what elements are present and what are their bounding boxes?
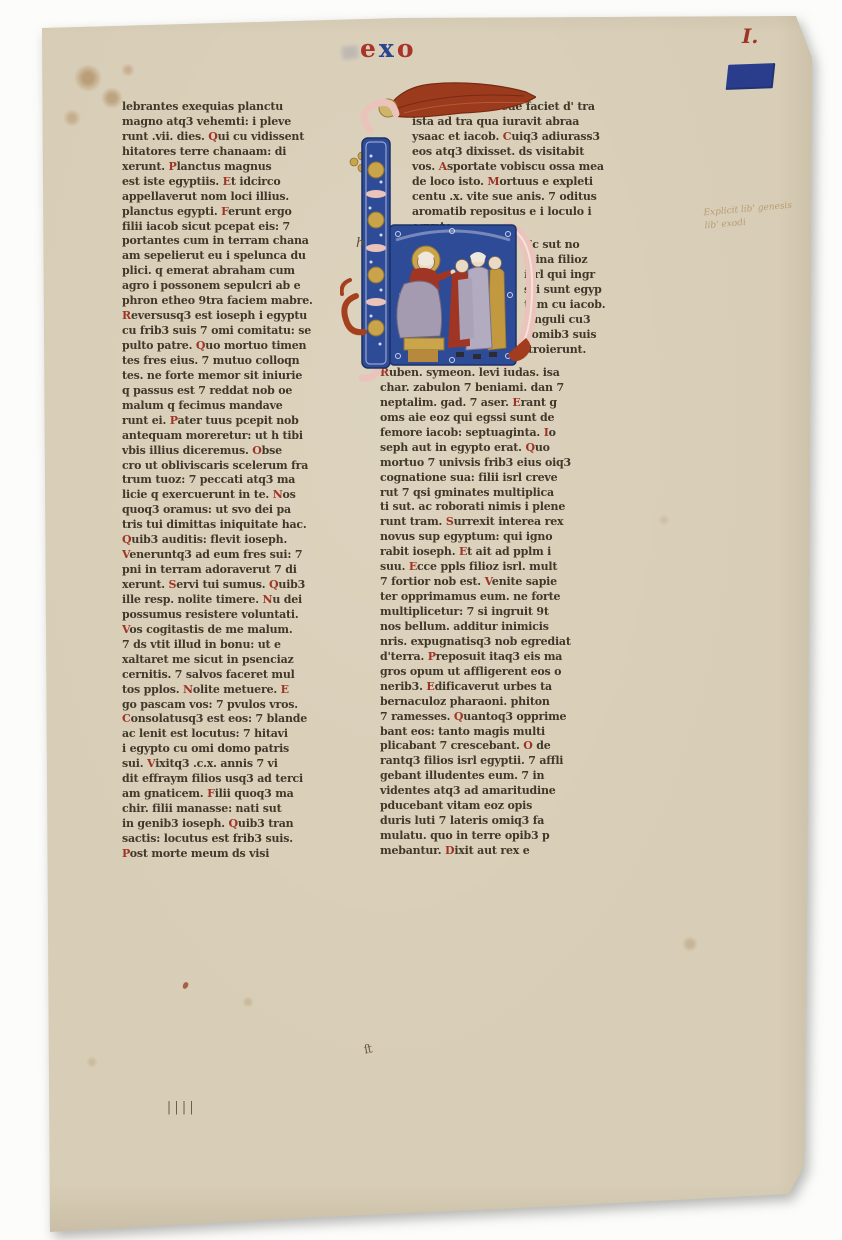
text-line: bernaculoz pharaoni. phiton [380,695,656,710]
text-line: filii iacob sicut pcepat eis: 7 [122,220,368,235]
text-line: multiplicetur: 7 si ingruit 9t [380,605,656,620]
text-line: 7 ds vtit illud in bonu: ut e [122,638,368,653]
text-line: rantq3 filios isrl egyptii. 7 affli [380,754,656,769]
text-line: phron etheo 9tra faciem mabre. [122,294,368,309]
text-line: Ec sut no [524,238,656,253]
text-line: tes fres eius. 7 mutuo colloqn [122,354,368,369]
text-line: i egypto cu omi domo patris [122,742,368,757]
text-line: appellaverut nom loci illius. [122,190,368,205]
text-line: plicabant 7 crescebant. O de [380,739,656,754]
text-line: Veneruntq3 ad eum fres sui: 7 [122,548,368,563]
text-line: isrl qui ingr [524,268,656,283]
text-line: chir. filii manasse: nati sut [122,802,368,817]
text-line: runt .vii. dies. Qui cu vidissent [122,130,368,145]
text-line: cernitis. 7 salvos faceret mul [122,668,368,683]
text-line: domib3 suis [524,328,656,343]
standing-brothers-figures [448,252,506,359]
manuscript-page: exo I. lebrantes exequias planctumagno a… [0,0,842,1240]
text-line: quoq3 oramus: ut svo dei pa [122,503,368,518]
text-line: am sepelierut eu i spelunca du [122,249,368,264]
text-line: oms aie eoz qui egssi sunt de [380,411,656,426]
text-line: gebant illudentes eum. 7 in [380,769,656,784]
text-line: runt tram. Surrexit interea rex [380,515,656,530]
running-title-letter: x [379,34,397,63]
text-line: agro i possonem sepulcri ab e [122,279,368,294]
text-line: mebantur. Dixit aut rex e [380,844,656,859]
text-line: singuli cu3 [524,313,656,328]
text-line: femore iacob: septuaginta. Io [380,426,656,441]
text-line: dit effraym filios usq3 ad terci [122,772,368,787]
text-line: tris tui dimittas iniquitate hac. [122,518,368,533]
text-line: nris. expugnatisq3 nob egrediat [380,635,656,650]
text-line: Consolatusq3 est eos: 7 blande [122,712,368,727]
text-line: Quib3 auditis: flevit ioseph. [122,533,368,548]
text-line: in genib3 ioseph. Quib3 tran [122,817,368,832]
photo-background: exo I. lebrantes exequias planctumagno a… [0,0,842,1240]
text-line: tes. ne forte memor sit iniurie [122,369,368,384]
text-line: licie q exercuerunt in te. Nos [122,488,368,503]
red-ink-speck [182,981,189,989]
text-line: tos pplos. Nolite metuere. E [122,683,368,698]
text-line: videntes atq3 ad amaritudine [380,784,656,799]
miniature-scene [390,225,516,365]
text-line: nos bellum. additur inimicis [380,620,656,635]
text-line: suu. Ecce ppls filioz isrl. mult [380,560,656,575]
right-column-beside-initial: Ec sut nomina filiozisrl qui ingrssi sun… [524,238,656,358]
text-line: sactis: locutus est frib3 suis. [122,832,368,847]
text-line: gros opum ut affligerent eos o [380,665,656,680]
text-line: xaltaret me sicut in psenciaz [122,653,368,668]
text-line: xerunt. Planctus magnus [122,160,368,175]
text-line: ille resp. nolite timere. Nu dei [122,593,368,608]
text-line: xerunt. Servi tui sumus. Quib3 [122,578,368,593]
text-line: ac lenit est locutus: 7 hitavi [122,727,368,742]
text-line: sui. Vixitq3 .c.x. annis 7 vi [122,757,368,772]
illuminated-initial-H [340,70,536,382]
text-line: ter opprimamus eum. ne forte [380,590,656,605]
text-line: am gnaticem. Filii quoq3 ma [122,787,368,802]
text-line: lebrantes exequias planctu [122,100,368,115]
text-line: ti sut. ac roborati nimis i plene [380,500,656,515]
text-line: cu frib3 suis 7 omi comitatu: se [122,324,368,339]
text-line: nerib3. Edificaverut urbes ta [380,680,656,695]
red-plume-ornament [386,83,536,117]
text-line: ssi sunt egyp [524,283,656,298]
text-line: novus sup egyptum: qui igno [380,530,656,545]
text-line: neptalim. gad. 7 aser. Erant g [380,396,656,411]
guide-letter: h [356,236,364,251]
marginal-annotation: Explicit lib' genesis lib' exodi [703,199,805,234]
text-line: Vos cogitastis de me malum. [122,623,368,638]
running-title-letter: o [397,34,417,63]
text-line: 7 ramesses. Quantoq3 opprime [380,710,656,725]
text-line: possumus resistere voluntati. [122,608,368,623]
text-line: duris luti 7 lateris omiq3 fa [380,814,656,829]
text-line: mortuo 7 univsis frib3 eius oiq3 [380,456,656,471]
text-line: planctus egypti. Ferunt ergo [122,205,368,220]
text-line: est iste egyptiis. Et idcirco [122,175,368,190]
text-line: seph aut in egypto erat. Quo [380,441,656,456]
running-title: exo [360,36,417,61]
title-offset-smudge [341,45,358,60]
parchment-leaf: exo I. lebrantes exequias planctumagno a… [0,0,842,1240]
text-line: cognatione sua: filii isrl creve [380,471,656,486]
quire-ticks: |||| [166,1100,196,1115]
text-line: mina filioz [524,253,656,268]
text-line: q passus est 7 reddat nob oe [122,384,368,399]
text-line: pni in terram adoraverut 7 di [122,563,368,578]
folio-number: I. [742,24,758,48]
text-line: pducebant vitam eoz opis [380,799,656,814]
text-line: rabit ioseph. Et ait ad pplm i [380,545,656,560]
text-line: mulatu. quo in terre opib3 p [380,829,656,844]
scribal-mark: ſt [363,1041,373,1056]
text-line: 7 fortior nob est. Venite sapie [380,575,656,590]
text-line: rut 7 qsi gminates multiplica [380,486,656,501]
text-line: magno atq3 vehemti: i pleve [122,115,368,130]
red-margin-curl [342,280,364,332]
text-line: plici. q emerat abraham cum [122,264,368,279]
text-line: vbis illius diceremus. Obse [122,444,368,459]
text-line: d'terra. Preposuit itaq3 eis ma [380,650,656,665]
text-line: itroierunt. [524,343,656,358]
text-line: hitatores terre chanaam: di [122,145,368,160]
text-line: bant eos: tanto magis multi [380,725,656,740]
text-line: go pascam vos: 7 pvulos vros. [122,698,368,713]
text-line: malum q fecimus mandave [122,399,368,414]
text-line: cro ut obliviscaris scelerum fra [122,459,368,474]
text-line: Post morte meum ds visi [122,847,368,862]
right-column-lower: Ruben. symeon. levi iudas. isachar. zabu… [380,366,656,859]
running-title-letter: e [360,34,379,63]
text-line: trum tuoz: 7 peccati atq3 ma [122,473,368,488]
text-line: runt ei. Pater tuus pcepit nob [122,414,368,429]
text-line: Reversusq3 est ioseph i egyptu [122,309,368,324]
text-line: antequam moreretur: ut h tibi [122,429,368,444]
blue-corner-mark [726,63,776,90]
text-line: portantes cum in terram chana [122,234,368,249]
text-line: char. zabulon 7 beniami. dan 7 [380,381,656,396]
left-text-column: lebrantes exequias planctumagno atq3 veh… [122,100,368,862]
text-line: tum cu iacob. [524,298,656,313]
text-line: pulto patre. Quo mortuo timen [122,339,368,354]
